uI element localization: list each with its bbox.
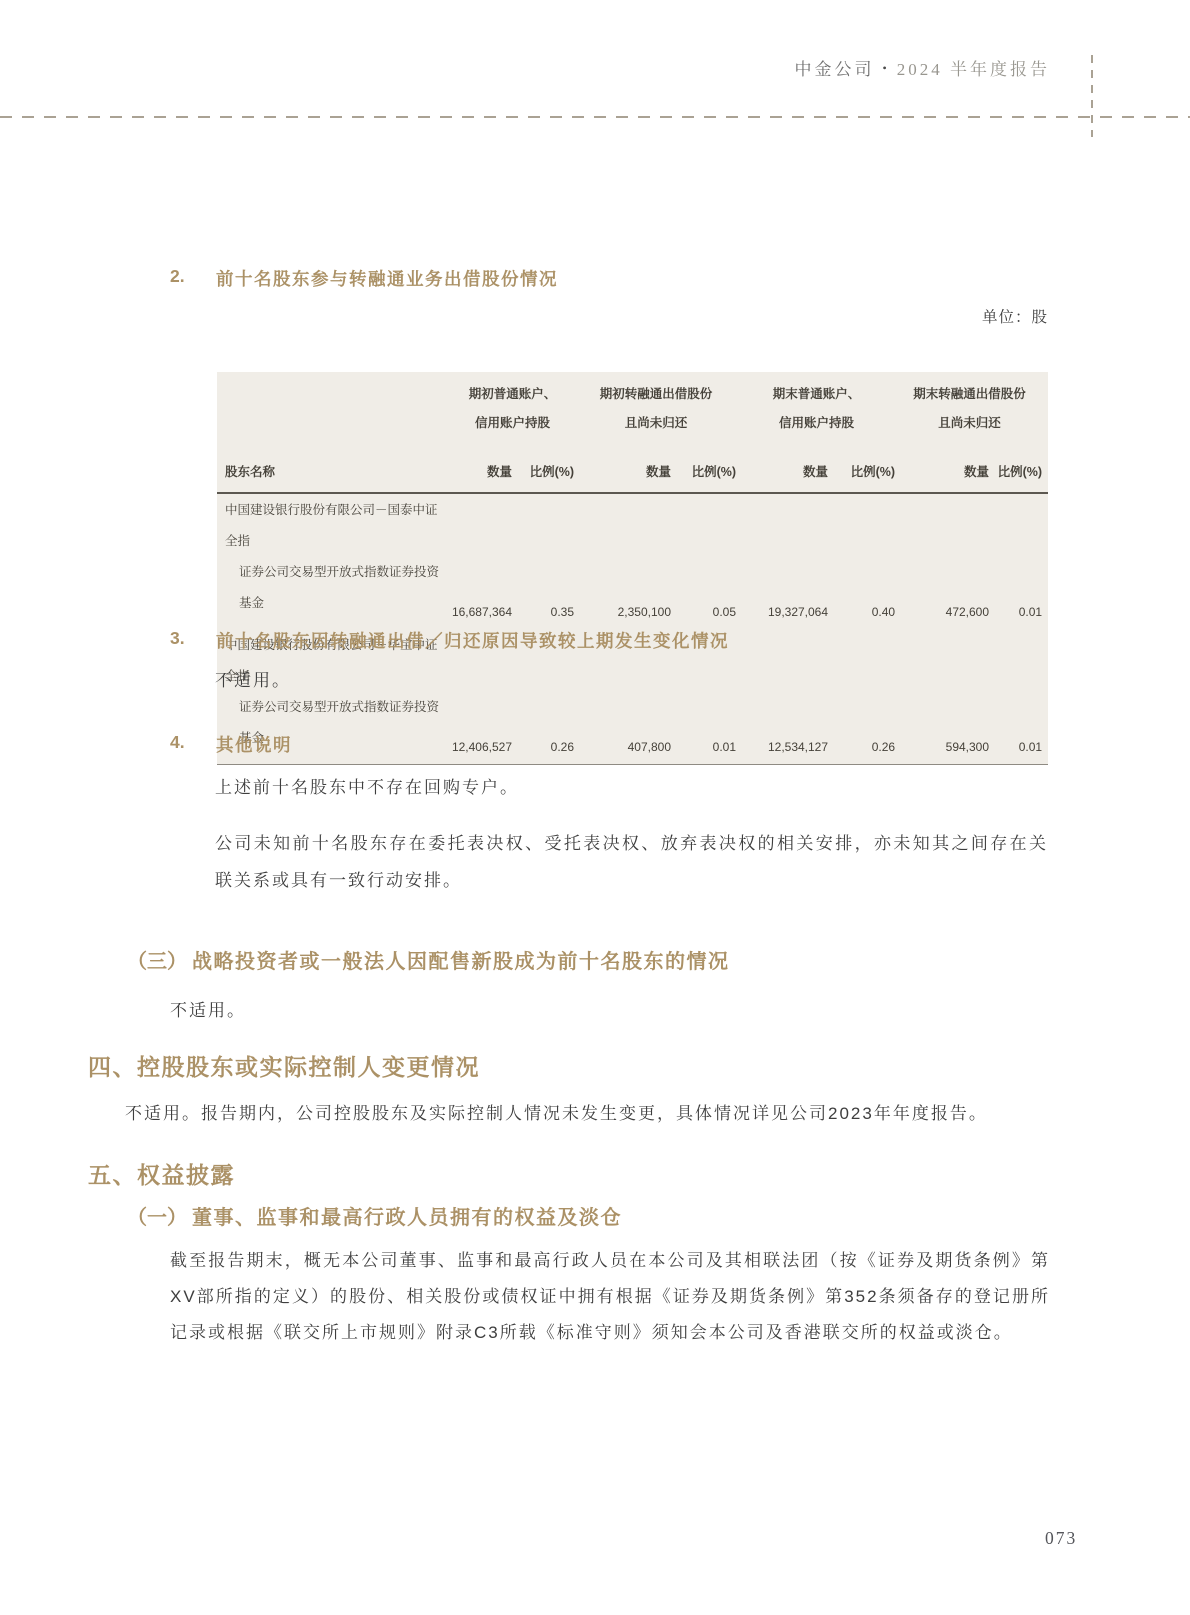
subsection-one-number: （一） bbox=[127, 1201, 187, 1230]
empty-header-cell bbox=[217, 372, 450, 439]
group-header-closing-accounts: 期末普通账户、 信用账户持股 bbox=[737, 372, 896, 439]
page-number: 073 bbox=[1045, 1528, 1077, 1549]
shareholder-name-line1: 中国建设银行股份有限公司－国泰中证全指 bbox=[225, 495, 449, 557]
value-cell: 0.26 bbox=[829, 629, 896, 765]
table-group-header-row: 期初普通账户、 信用账户持股 期初转融通出借股份 且尚未归还 期末普通账户、 信… bbox=[217, 372, 1048, 439]
group-header-opening-accounts: 期初普通账户、 信用账户持股 bbox=[450, 372, 575, 439]
group-header-opening-lent: 期初转融通出借股份 且尚未归还 bbox=[575, 372, 737, 439]
section-3-title: 前十名股东因转融通出借／归还原因导致较上期发生变化情况 bbox=[216, 628, 729, 653]
separator-bullet-icon: • bbox=[883, 61, 887, 75]
subsection-one-heading: （一） 董事、监事和最高行政人员拥有的权益及淡仓 bbox=[127, 1201, 622, 1230]
column-header-quantity: 数量 bbox=[896, 439, 990, 493]
group-header-line: 期末普通账户、 bbox=[738, 380, 895, 409]
column-header-percentage: 比例(%) bbox=[990, 439, 1048, 493]
section-2-heading: 2. 前十名股东参与转融通业务出借股份情况 bbox=[170, 266, 558, 291]
group-header-line: 期末转融通出借股份 bbox=[897, 380, 1042, 409]
value-cell: 12,534,127 bbox=[737, 629, 829, 765]
column-header-quantity: 数量 bbox=[737, 439, 829, 493]
column-header-percentage: 比例(%) bbox=[672, 439, 737, 493]
value-cell: 0.05 bbox=[672, 493, 737, 629]
header-vertical-dash-rule bbox=[1091, 55, 1093, 137]
section-2-number: 2. bbox=[170, 266, 216, 291]
column-header-shareholder-name: 股东名称 bbox=[217, 439, 450, 493]
value-cell: 16,687,364 bbox=[450, 493, 513, 629]
shareholder-name-cell: 中国建设银行股份有限公司－国泰中证全指 证券公司交易型开放式指数证券投资基金 bbox=[217, 493, 450, 629]
subsection-three-body: 不适用。 bbox=[170, 992, 246, 1029]
section-4-paragraph-1: 上述前十名股东中不存在回购专户。 bbox=[215, 769, 519, 806]
subsection-one-title: 董事、监事和最高行政人员拥有的权益及淡仓 bbox=[192, 1201, 622, 1230]
group-header-closing-lent: 期末转融通出借股份 且尚未归还 bbox=[896, 372, 1048, 439]
shareholder-name-line2: 证券公司交易型开放式指数证券投资基金 bbox=[225, 557, 449, 619]
group-header-line: 期初转融通出借股份 bbox=[576, 380, 736, 409]
section-4-heading: 4. 其他说明 bbox=[170, 732, 292, 757]
value-cell: 0.40 bbox=[829, 493, 896, 629]
unit-note: 单位：股 bbox=[982, 305, 1048, 327]
value-cell: 594,300 bbox=[896, 629, 990, 765]
group-header-line: 且尚未归还 bbox=[576, 409, 736, 438]
group-header-line: 且尚未归还 bbox=[897, 409, 1042, 438]
chapter-four-heading: 四、控股股东或实际控制人变更情况 bbox=[88, 1049, 480, 1082]
value-cell: 0.01 bbox=[990, 493, 1048, 629]
subsection-three-heading: （三） 战略投资者或一般法人因配售新股成为前十名股东的情况 bbox=[127, 945, 730, 974]
section-3-body: 不适用。 bbox=[215, 662, 291, 699]
running-header: 中金公司•2024 半年度报告 bbox=[795, 55, 1050, 80]
value-cell: 472,600 bbox=[896, 493, 990, 629]
section-3-number: 3. bbox=[170, 628, 216, 653]
value-cell: 0.01 bbox=[990, 629, 1048, 765]
section-4-number: 4. bbox=[170, 732, 216, 757]
value-cell: 0.35 bbox=[513, 493, 575, 629]
section-2-title: 前十名股东参与转融通业务出借股份情况 bbox=[216, 266, 558, 291]
column-header-quantity: 数量 bbox=[450, 439, 513, 493]
group-header-line: 信用账户持股 bbox=[738, 409, 895, 438]
shareholder-row: 中国建设银行股份有限公司－国泰中证全指 证券公司交易型开放式指数证券投资基金 1… bbox=[217, 493, 1048, 629]
value-cell: 2,350,100 bbox=[575, 493, 672, 629]
subsection-one-body: 截至报告期末，概无本公司董事、监事和最高行政人员在本公司及其相联法团（按《证券及… bbox=[170, 1243, 1050, 1351]
shareholders-lending-table: 期初普通账户、 信用账户持股 期初转融通出借股份 且尚未归还 期末普通账户、 信… bbox=[217, 372, 1048, 765]
subsection-three-title: 战略投资者或一般法人因配售新股成为前十名股东的情况 bbox=[192, 945, 730, 974]
chapter-four-body: 不适用。报告期内，公司控股股东及实际控制人情况未发生变更，具体情况详见公司202… bbox=[125, 1095, 988, 1132]
chapter-five-heading: 五、权益披露 bbox=[88, 1157, 235, 1190]
report-title: 2024 半年度报告 bbox=[897, 60, 1050, 79]
header-horizontal-dash-rule bbox=[0, 116, 1190, 118]
group-header-line: 期初普通账户、 bbox=[451, 380, 574, 409]
value-cell: 19,327,064 bbox=[737, 493, 829, 629]
column-header-percentage: 比例(%) bbox=[513, 439, 575, 493]
table-column-label-row: 股东名称 数量 比例(%) 数量 比例(%) 数量 比例(%) 数量 比例(%) bbox=[217, 439, 1048, 493]
brand-name: 中金公司 bbox=[795, 60, 875, 79]
report-page: 中金公司•2024 半年度报告 2. 前十名股东参与转融通业务出借股份情况 单位… bbox=[0, 0, 1190, 1615]
group-header-line: 信用账户持股 bbox=[451, 409, 574, 438]
section-4-paragraph-2: 公司未知前十名股东存在委托表决权、受托表决权、放弃表决权的相关安排，亦未知其之间… bbox=[215, 825, 1048, 899]
section-3-heading: 3. 前十名股东因转融通出借／归还原因导致较上期发生变化情况 bbox=[170, 628, 729, 653]
section-4-title: 其他说明 bbox=[216, 732, 292, 757]
column-header-quantity: 数量 bbox=[575, 439, 672, 493]
column-header-percentage: 比例(%) bbox=[829, 439, 896, 493]
subsection-three-number: （三） bbox=[127, 945, 187, 974]
